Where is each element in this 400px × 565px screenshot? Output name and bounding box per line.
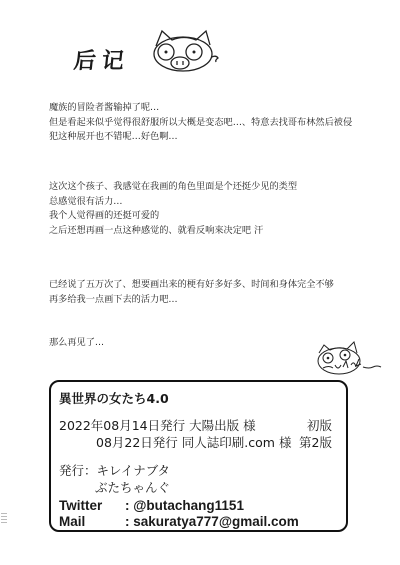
text-line: 但是看起来似乎觉得很舒服所以大概是变态吧…、特意去找哥布林然后被侵	[49, 116, 352, 131]
twitter-handle[interactable]: : @butachang1151	[125, 498, 244, 513]
edition-label: 第2版	[299, 433, 332, 451]
text-line: 犯这种展开也不错呢…好色啊…	[49, 130, 352, 145]
edition-printer: 大陽出版 様	[189, 418, 255, 433]
text-line: 魔族的冒险者酱输掉了呢…	[49, 101, 352, 116]
paragraph-3: 已经说了五万次了、想要画出来的梗有好多好多、时间和身体完全不够 再多给我一点画下…	[49, 278, 334, 307]
edition-row-2: 08月22日発行 同人誌印刷.com 様	[96, 433, 291, 451]
signature-pig-icon	[315, 341, 387, 379]
edition-date: 08月22日発行	[96, 435, 178, 450]
mail-label: Mail	[59, 514, 125, 529]
edition-row-1: 2022年08月14日発行 大陽出版 様	[59, 416, 256, 434]
book-title: 異世界の女たち4.0	[59, 389, 169, 407]
paragraph-1: 魔族的冒险者酱输掉了呢… 但是看起来似乎觉得很舒服所以大概是变态吧…、特意去找哥…	[49, 101, 352, 145]
paragraph-2: 这次这个孩子、我感觉在我画的角色里面是个还挺少见的类型 总感觉很有活力… 我个人…	[49, 180, 297, 238]
publisher-author: ぶたちゃんぐ	[95, 478, 170, 496]
text-line: 那么再见了…	[49, 336, 104, 351]
text-line: 总感觉很有活力…	[49, 195, 297, 210]
text-line: 已经说了五万次了、想要画出来的梗有好多好多、时间和身体完全不够	[49, 278, 334, 293]
text-line: 之后还想再画一点这种感觉的、就看反响來决定吧 汗	[49, 224, 297, 239]
colophon-box: 異世界の女たち4.0 2022年08月14日発行 大陽出版 様 初版 08月22…	[49, 380, 348, 532]
twitter-label: Twitter	[59, 498, 125, 513]
paragraph-4: 那么再见了…	[49, 336, 104, 351]
afterword-title: 后记	[72, 44, 131, 75]
pig-mascot-icon	[150, 28, 222, 74]
twitter-row: Twitter: @butachang1151	[59, 498, 244, 513]
edition-label: 初版	[307, 416, 332, 434]
edition-date: 2022年08月14日発行	[59, 418, 185, 433]
page-edge-mark	[1, 513, 7, 523]
text-line: 再多给我一点画下去的活力吧…	[49, 293, 334, 308]
publisher-row: 発行：キレイナブタ	[59, 461, 170, 479]
text-line: 这次这个孩子、我感觉在我画的角色里面是个还挺少见的类型	[49, 180, 297, 195]
mail-row: Mail: sakuratya777@gmail.com	[59, 514, 299, 529]
text-line: 我个人觉得画的还挺可爱的	[49, 209, 297, 224]
mail-address[interactable]: : sakuratya777@gmail.com	[125, 514, 299, 529]
edition-printer: 同人誌印刷.com 様	[182, 435, 292, 450]
publisher-circle: キレイナブタ	[97, 463, 170, 478]
publisher-label: 発行：	[59, 463, 97, 478]
